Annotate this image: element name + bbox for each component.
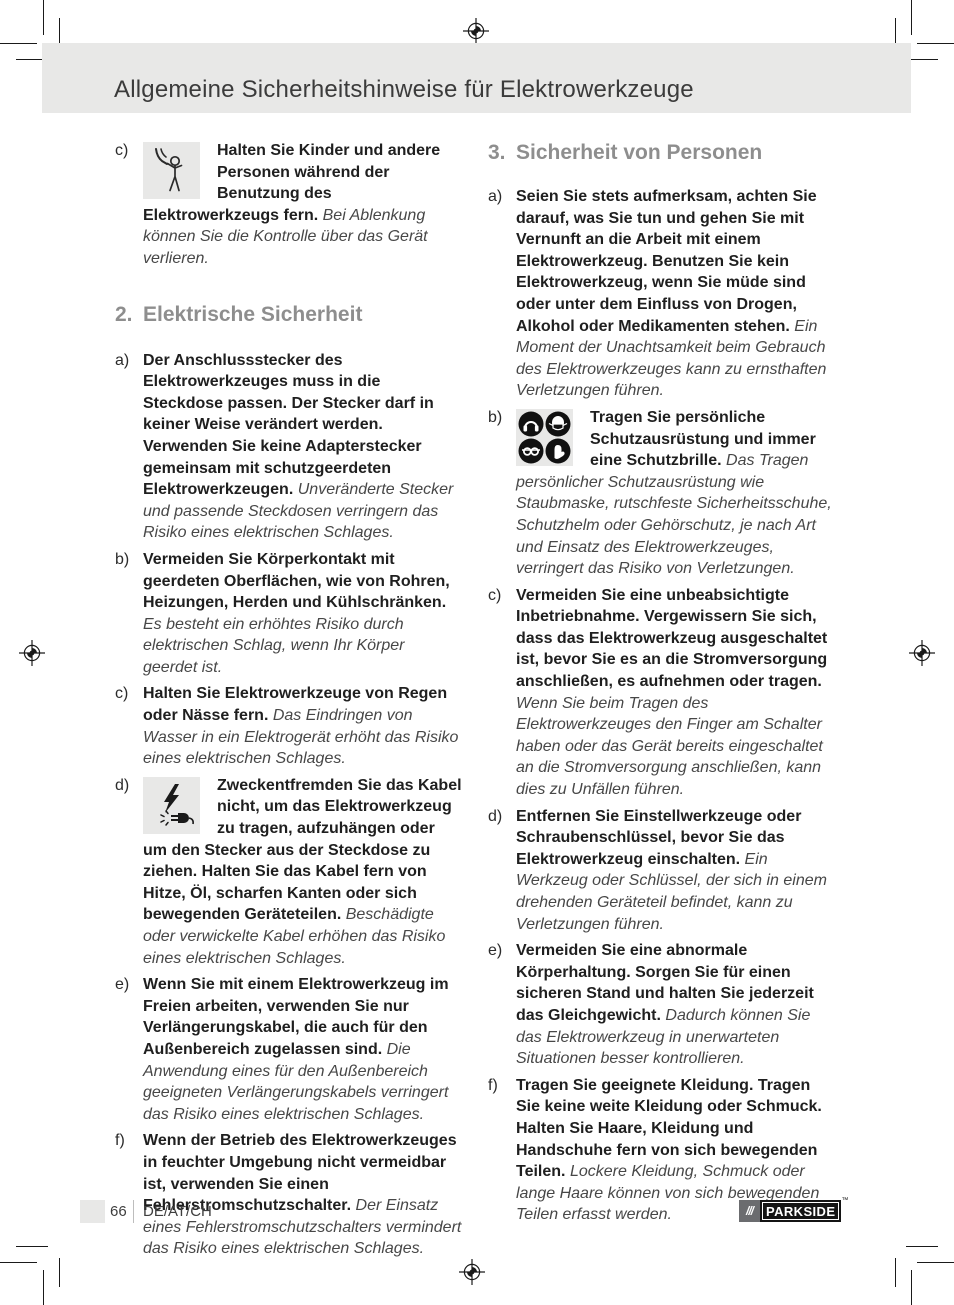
item-italic-text: Wenn Sie beim Tragen des Elektrowerkzeug… xyxy=(516,695,823,798)
item-label: b) xyxy=(488,407,516,580)
item-label: d) xyxy=(115,775,143,969)
brand-name: PARKSIDE xyxy=(766,1205,835,1218)
item-italic-text: Es besteht ein erhöhtes Risiko durch ele… xyxy=(143,616,404,676)
safety-goggles-icon xyxy=(518,438,544,464)
item-text: Zweckentfremden Sie das Kabel nicht, um … xyxy=(143,775,463,969)
keep-children-away-icon xyxy=(143,142,200,199)
protective-gloves-icon xyxy=(545,438,571,464)
item-label: b) xyxy=(115,549,143,679)
logo-slashes: /// xyxy=(739,1200,760,1222)
item-text: Wenn der Betrieb des Elektrowerkzeuges i… xyxy=(143,1130,463,1260)
list-item-2b: b) Vermeiden Sie Körperkontakt mit geerd… xyxy=(115,549,467,679)
item-label: c) xyxy=(488,585,516,801)
item-label: a) xyxy=(488,186,516,402)
crop-mark xyxy=(917,1262,954,1263)
item-bold-text: Der Anschlussstecker des Elektrowerkzeug… xyxy=(143,352,434,499)
trademark-symbol: ™ xyxy=(841,1197,848,1204)
list-item-3c: c) Vermeiden Sie eine unbeabsichtigte In… xyxy=(488,585,840,801)
item-label: a) xyxy=(115,350,143,544)
item-label: f) xyxy=(488,1075,516,1226)
item-label: e) xyxy=(488,940,516,1070)
header-band: Allgemeine Sicherheitshinweise für Elekt… xyxy=(42,43,911,113)
item-text: Halten Sie Kinder und andere Personen wä… xyxy=(143,140,463,270)
ear-protection-icon xyxy=(518,411,544,437)
crop-mark xyxy=(895,1258,896,1287)
crop-mark xyxy=(43,0,44,35)
item-text: Wenn Sie mit einem Elektrowerkzeug im Fr… xyxy=(143,974,463,1125)
section-number: 3. xyxy=(488,140,516,166)
dust-mask-icon xyxy=(545,411,571,437)
personal-protective-equipment-icons xyxy=(516,409,573,466)
page-title: Allgemeine Sicherheitshinweise für Elekt… xyxy=(114,76,694,104)
item-bold-text: Vermeiden Sie eine unbeabsichtigte Inbet… xyxy=(516,587,827,690)
crop-mark xyxy=(911,0,912,35)
item-label: c) xyxy=(115,683,143,769)
item-text: Vermeiden Sie eine abnormale Körperhaltu… xyxy=(516,940,836,1070)
list-item-3b: b) xyxy=(488,407,840,580)
list-item-2c: c) Halten Sie Elektrowerkzeuge von Regen… xyxy=(115,683,467,769)
item-label: e) xyxy=(115,974,143,1125)
crop-mark xyxy=(59,1258,60,1287)
right-column: 3. Sicherheit von Personen a) Seien Sie … xyxy=(488,140,840,1231)
footer-marker-square xyxy=(80,1200,105,1223)
registration-mark-right xyxy=(909,640,935,666)
list-item-2e: e) Wenn Sie mit einem Elektrowerkzeug im… xyxy=(115,974,467,1125)
page-number: 66 xyxy=(110,1203,127,1220)
crop-mark xyxy=(16,1246,48,1247)
ppe-icon-grid xyxy=(518,411,571,464)
item-text: Tragen Sie persönliche Schutzausrüstung … xyxy=(516,407,836,580)
manual-page: Allgemeine Sicherheitshinweise für Elekt… xyxy=(0,0,954,1305)
footer-region-label: DE/AT/CH xyxy=(143,1203,212,1220)
logo-name-box: PARKSIDE xyxy=(762,1202,839,1220)
list-item-3a: a) Seien Sie stets aufmerksam, achten Si… xyxy=(488,186,840,402)
crop-mark xyxy=(911,1270,912,1305)
list-item-3e: e) Vermeiden Sie eine abnormale Körperha… xyxy=(488,940,840,1070)
item-bold-text: Vermeiden Sie Körperkontakt mit geerdete… xyxy=(143,551,450,611)
crop-mark xyxy=(917,43,954,44)
list-item-2d: d) xyxy=(115,775,467,969)
item-bold-text: Seien Sie stets aufmerksam, achten Sie d… xyxy=(516,188,817,335)
parkside-logo: /// PARKSIDE ™ xyxy=(739,1200,841,1222)
item-text: Entfernen Sie Einstellwerkzeuge oder Sch… xyxy=(516,806,836,936)
item-label: c) xyxy=(115,140,143,270)
crop-mark xyxy=(0,1262,37,1263)
registration-mark-left xyxy=(19,640,45,666)
section-heading-3: 3. Sicherheit von Personen xyxy=(488,140,840,166)
crop-mark xyxy=(0,43,37,44)
left-column: c) Halten Sie Kinder und andere Personen… xyxy=(115,140,467,1265)
item-text: Vermeiden Sie eine unbeabsichtigte Inbet… xyxy=(516,585,836,801)
item-label: d) xyxy=(488,806,516,936)
section-title: Elektrische Sicherheit xyxy=(143,302,362,328)
item-italic-text: Das Tragen persönlicher Schutzausrüstung… xyxy=(516,452,832,577)
list-item-c-intro: c) Halten Sie Kinder und andere Personen… xyxy=(115,140,467,270)
section-heading-2: 2. Elektrische Sicherheit xyxy=(115,302,467,328)
section-number: 2. xyxy=(115,302,143,328)
registration-mark-top xyxy=(463,18,489,44)
item-label: f) xyxy=(115,1130,143,1260)
list-item-2a: a) Der Anschlussstecker des Elektrowerkz… xyxy=(115,350,467,544)
section-title: Sicherheit von Personen xyxy=(516,140,762,166)
item-text: Der Anschlussstecker des Elektrowerkzeug… xyxy=(143,350,463,544)
item-text: Halten Sie Elektrowerkzeuge von Regen od… xyxy=(143,683,463,769)
list-item-3d: d) Entfernen Sie Einstellwerkzeuge oder … xyxy=(488,806,840,936)
footer-divider xyxy=(133,1200,134,1223)
list-item-2f: f) Wenn der Betrieb des Elektrowerkzeuge… xyxy=(115,1130,467,1260)
item-text: Vermeiden Sie Körperkontakt mit geerdete… xyxy=(143,549,463,679)
crop-mark xyxy=(906,1246,938,1247)
item-text: Seien Sie stets aufmerksam, achten Sie d… xyxy=(516,186,836,402)
power-cable-warning-icon xyxy=(143,777,200,834)
crop-mark xyxy=(43,1270,44,1305)
